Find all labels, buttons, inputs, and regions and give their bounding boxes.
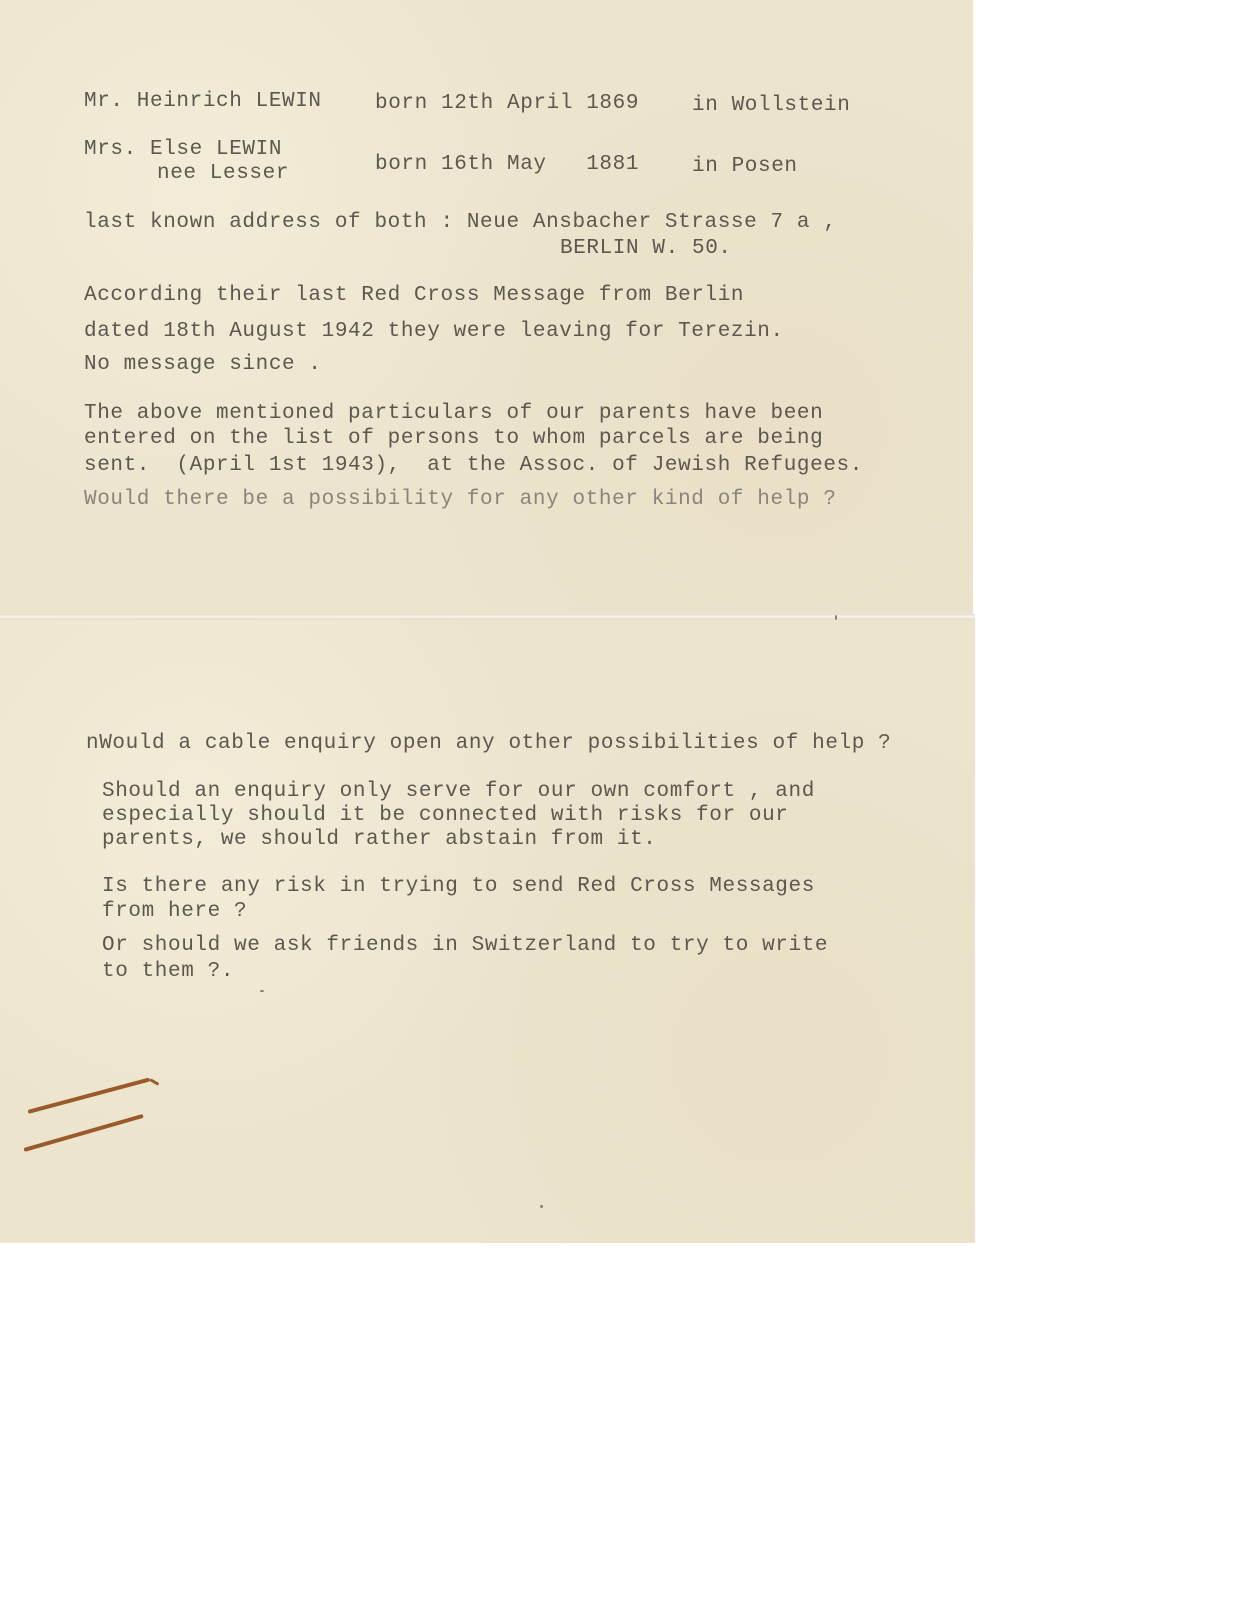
- parcels-line-2: entered on the list of persons to whom p…: [84, 427, 823, 451]
- person-2-maiden-name: nee Lesser: [157, 162, 289, 186]
- risk-line-1: Is there any risk in trying to send Red …: [102, 875, 815, 899]
- document-sheet-bottom: [0, 620, 975, 1243]
- sheet-divider: [0, 614, 975, 620]
- enquiry-line-2: especially should it be connected with r…: [102, 804, 789, 828]
- person-2-place: in Posen: [692, 155, 798, 179]
- enquiry-line-1: Should an enquiry only serve for our own…: [102, 780, 815, 804]
- message-line-1: According their last Red Cross Message f…: [84, 284, 744, 308]
- help-question: Would there be a possibility for any oth…: [84, 488, 837, 512]
- person-1-place: in Wollstein: [692, 94, 850, 118]
- person-1-name: Mr. Heinrich LEWIN: [84, 90, 322, 114]
- paper-speck: [540, 1205, 543, 1208]
- message-line-3: No message since .: [84, 353, 322, 377]
- parcels-line-1: The above mentioned particulars of our p…: [84, 402, 823, 426]
- paper-speck: [835, 615, 837, 620]
- person-1-born: born 12th April 1869: [375, 92, 639, 116]
- address-city: BERLIN W. 50.: [560, 237, 732, 261]
- message-line-2: dated 18th August 1942 they were leaving…: [84, 320, 784, 344]
- switzerland-line-1: Or should we ask friends in Switzerland …: [102, 934, 828, 958]
- person-2-born: born 16th May 1881: [375, 153, 639, 177]
- cable-question: nWould a cable enquiry open any other po…: [86, 732, 891, 756]
- risk-line-2: from here ?: [102, 900, 247, 924]
- person-2-name: Mrs. Else LEWIN: [84, 138, 282, 162]
- paper-speck: [260, 990, 264, 992]
- switzerland-line-2: to them ?.: [102, 960, 234, 984]
- enquiry-line-3: parents, we should rather abstain from i…: [102, 828, 657, 852]
- parcels-line-3: sent. (April 1st 1943), at the Assoc. of…: [84, 454, 863, 478]
- address-line: last known address of both : Neue Ansbac…: [84, 211, 837, 235]
